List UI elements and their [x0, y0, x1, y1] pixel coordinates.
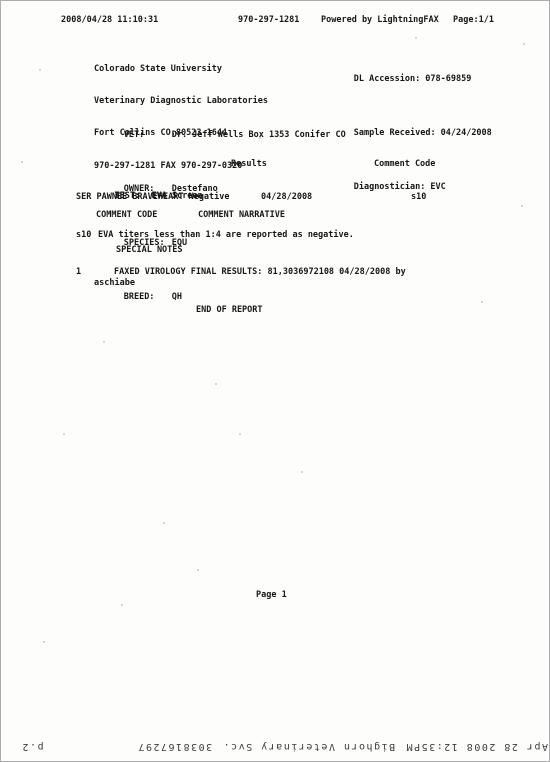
fax-footer-sender-name: Bighorn Veterinary Svc. — [222, 742, 395, 753]
fax-header-page-indicator: Page:1/1 — [453, 15, 494, 25]
noise-speck — [43, 641, 45, 643]
fax-footer-datetime: Apr 28 2008 12:35PM — [405, 742, 548, 753]
end-of-report-label: END OF REPORT — [196, 305, 263, 315]
noise-speck — [301, 471, 303, 473]
fax-document-page: 2008/04/28 11:10:31 970-297-1281 Powered… — [0, 0, 550, 762]
special-note-text-line1: FAXED VIROLOGY FINAL RESULTS: 81,3036972… — [114, 267, 406, 277]
accession-row: DL Accession:078-69859 — [323, 64, 492, 96]
noise-speck — [21, 161, 23, 163]
special-note-number: 1 — [76, 267, 81, 277]
comment-narrative-header: COMMENT NARRATIVE — [198, 210, 285, 220]
sample-received-value: 04/24/2008 — [441, 128, 492, 138]
noise-speck — [63, 433, 65, 435]
fax-footer-page: p.2 — [21, 742, 44, 753]
noise-speck — [197, 569, 199, 571]
lab-name: Colorado State University — [94, 64, 268, 75]
result-sample: SER PAWNEE BRAVEHEART Negative — [76, 192, 230, 202]
noise-speck — [39, 69, 41, 71]
special-notes-title: SPECIAL NOTES — [116, 245, 183, 255]
comment-row-code: s10 — [76, 230, 91, 240]
noise-speck — [103, 341, 105, 343]
breed-value: QH — [172, 292, 182, 302]
comment-row-narrative: EVA titers less than 1:4 are reported as… — [98, 230, 354, 240]
special-note-text-line2: aschiabe — [94, 278, 135, 288]
noise-speck — [239, 433, 241, 435]
comment-code-column-header: Comment Code — [374, 159, 435, 169]
fax-footer-sender-phone: 3038167297 — [137, 742, 212, 753]
vet-label: VET: — [124, 130, 172, 141]
dl-accession-value: 078-69859 — [425, 74, 471, 84]
result-date: 04/28/2008 — [261, 192, 312, 202]
comment-code-header: COMMENT CODE — [96, 210, 157, 220]
results-column-header: Results — [231, 159, 267, 169]
fax-header-powered-by: Powered by LightningFAX — [321, 15, 439, 25]
sample-received-label: Sample Received: — [354, 128, 436, 139]
breed-label: BREED: — [124, 292, 172, 303]
fax-footer-upside-down: Apr 28 2008 12:35PM Bighorn Veterinary S… — [21, 739, 548, 755]
accession-block: DL Accession:078-69859 Sample Received:0… — [323, 42, 492, 226]
dl-accession-label: DL Accession: — [354, 74, 421, 85]
diagnostician-value: EVC — [430, 182, 445, 192]
fax-header-fax-number: 970-297-1281 — [238, 15, 299, 25]
noise-speck — [521, 205, 523, 207]
noise-speck — [163, 522, 165, 524]
noise-speck — [481, 301, 483, 303]
accession-row: Sample Received:04/24/2008 — [323, 118, 492, 150]
fax-header-datetime: 2008/04/28 11:10:31 — [61, 15, 158, 25]
noise-speck — [259, 137, 261, 139]
noise-speck — [523, 43, 525, 45]
accession-row: Diagnostician:EVC — [323, 172, 492, 204]
noise-speck — [121, 604, 123, 606]
result-comment-code: s10 — [411, 192, 426, 202]
vet-row: VET:Dr. Jeff Wells Box 1353 Conifer CO — [93, 120, 346, 152]
noise-speck — [215, 383, 217, 385]
noise-speck — [415, 37, 417, 39]
page-number: Page 1 — [256, 590, 287, 600]
